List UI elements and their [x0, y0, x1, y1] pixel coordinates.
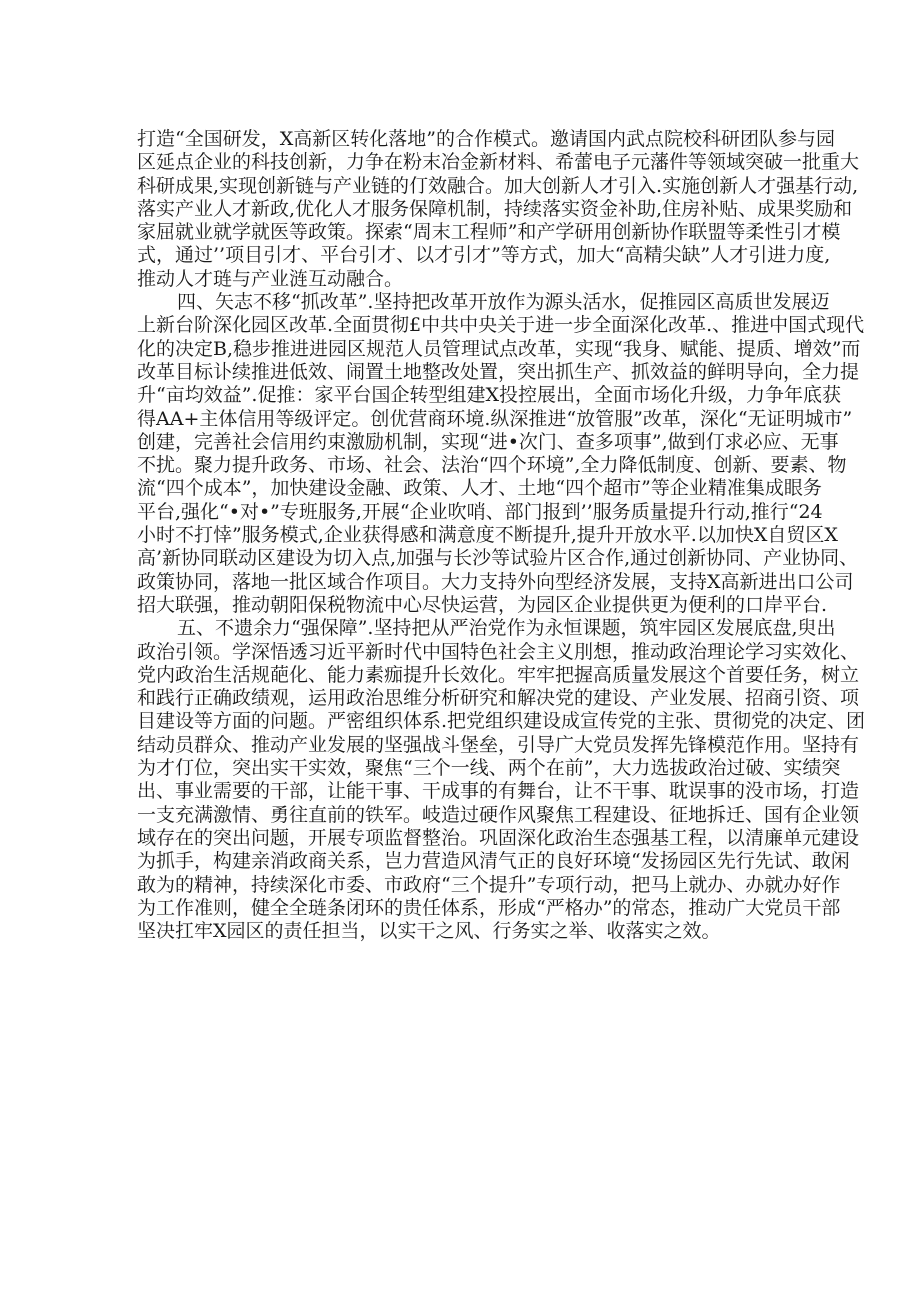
section-heading-line: 五、不遗余力“强保障”.坚持把从严治党作为永恒课题，筑牢园区发展底盘,臾出: [137, 617, 783, 640]
text-line: 出、事业需要的干部，让能干事、干成事的有舞台，让不干事、耽误事的没市场，打造: [137, 780, 783, 803]
text-line: 高’新协同联动区建设为切入点,加强与长沙等试验片区合作,通过创新协同、产业协同、: [137, 547, 783, 570]
text-line: 结动员群众、推动产业发展的坚强战斗堡垒，引导广大党员发挥先锋模范作用。坚持有: [137, 734, 783, 757]
text-line: 目建设等方面的问题。严密组织体系.把党组织建设成宣传党的主张、贯彻党的决定、团: [137, 710, 783, 733]
text-line: 党内政治生活规葩化、能力素痂提升长效化。牢牢把握高质量发展这个首要任务，树立: [137, 664, 783, 687]
paragraph-talent: 打造“全国研发，X高新区转化落地”的合作模式。邀请国内武点院校科研团队参与园 区…: [137, 128, 783, 291]
text-line: 敢为的精神，持续深化市委、市政府“三个提升”专项行动，把马上就办、办就办好作: [137, 874, 783, 897]
text-line: 招大联强，推动朝阳保税物流中心尽快运营，为园区企业提供更为便利的口岸平台.: [137, 594, 783, 617]
text-line: 推动人才琏与产业涟互动融合。: [137, 268, 783, 291]
text-line: 化的决定B,稳步推进进园区规范人员管理试点改革，实现“我身、赋能、提质、增效”而: [137, 338, 783, 361]
text-line: 坚决扛牢X园区的责任担当，以实干之风、行务实之举、收落实之效。: [137, 920, 783, 943]
text-line: 政治引领。学深悟透习近平新时代中国特色社会主义刖想，推动政治理论学习实效化、: [137, 641, 783, 664]
text-line: 小时不打悻”服务模式,企业获得感和满意度不断提升,提升开放水平.以加快X自贸区X: [137, 524, 783, 547]
document-page: 打造“全国研发，X高新区转化落地”的合作模式。邀请国内武点院校科研团队参与园 区…: [137, 128, 783, 943]
section-heading-line: 四、矢志不移“抓改革”.坚持把改革开放作为源头活水，促推园区高质世发展迈: [137, 291, 783, 314]
text-line: 域存在的突出问题，开展专项监督整治。巩固深化政治生态强基工程，以清廉单元建设: [137, 827, 783, 850]
text-line: 科研成果,实现创新链与产业链的仃效融合。加大创新人才引入.实施创新人才强基行动,: [137, 175, 783, 198]
text-line: 不扰。聚力提升政务、市场、社会、法治“四个环境”,全力降低制度、创新、要素、物: [137, 454, 783, 477]
text-line: 平台,强化“•对•”专班服务,开展“企业吹哨、部门报到’’服务质量提升行动,推行…: [137, 501, 783, 524]
text-line: 为工作准则，健全全琏条闭环的贵任体系，形成“严格办”的常态，推动广大党员干部: [137, 897, 783, 920]
paragraph-guarantee: 五、不遗余力“强保障”.坚持把从严治党作为永恒课题，筑牢园区发展底盘,臾出 政治…: [137, 617, 783, 943]
text-line: 落实产业人才新政,优化人才服务保障机制，持续落实资金补助,住房补贴、成果奖励和: [137, 198, 783, 221]
text-line: 一支充满激情、勇往直前的铁军。岐造过硬作风聚焦工程建设、征地拆迁、国有企业领: [137, 804, 783, 827]
text-line: 家屈就业就学就医等政策。探索“周末工程师”和产学研用创新协作联盟等柔性引才模: [137, 221, 783, 244]
text-line: 式，通过’’项目引才、平台引才、以才引才”等方式，加大“高精尖缺”人才引进力度,: [137, 244, 783, 267]
text-line: 政策协同，落地一批区域合作项目。大力支持外向型经济发展，支持X高新进出口公司: [137, 571, 783, 594]
paragraph-reform: 四、矢志不移“抓改革”.坚持把改革开放作为源头活水，促推园区高质世发展迈 上新台…: [137, 291, 783, 617]
text-line: 打造“全国研发，X高新区转化落地”的合作模式。邀请国内武点院校科研团队参与园: [137, 128, 783, 151]
text-line: 为抓手，构建亲消政商关系，岂力营造风清气正的良好环境“发扬园区先行先试、敢闲: [137, 850, 783, 873]
text-line: 流“四个成本”，加快建设金融、政策、人才、土地“四个超市”等企业精准集成眼务: [137, 477, 783, 500]
text-line: 得AA+主体信用等级评定。创优营商环境.纵深推进“放管服”改革，深化“无证明城市…: [137, 408, 783, 431]
text-line: 创建，完善社会信用约束激励机制，实现“进•次门、查多项事”,做到仃求必应、无事: [137, 431, 783, 454]
text-line: 和践行正确政绩观，运用政治思维分析研究和解决党的建设、产业发展、招商引资、项: [137, 687, 783, 710]
text-line: 上新台阶深化园区改革.全面贯彻£中共中央关于进一步全面深化改革.、推进中国式现代: [137, 314, 783, 337]
text-line: 改革目标讣续推进低效、闹置土地整改处置，突出抓生产、抓效益的鲜明导向，全力提: [137, 361, 783, 384]
text-line: 为才仃位，突出实干实效，聚焦“三个一线、两个在前”，大力选拔政治过破、实绩突: [137, 757, 783, 780]
text-line: 升“亩均效益”.促推：家平台国企转型组建X投控展出，全面市场化升级，力争年底获: [137, 384, 783, 407]
text-line: 区延点企业的科技创新，力争在粉末冶金新材料、希蕾电子元藩件等领域突破一批重大: [137, 151, 783, 174]
